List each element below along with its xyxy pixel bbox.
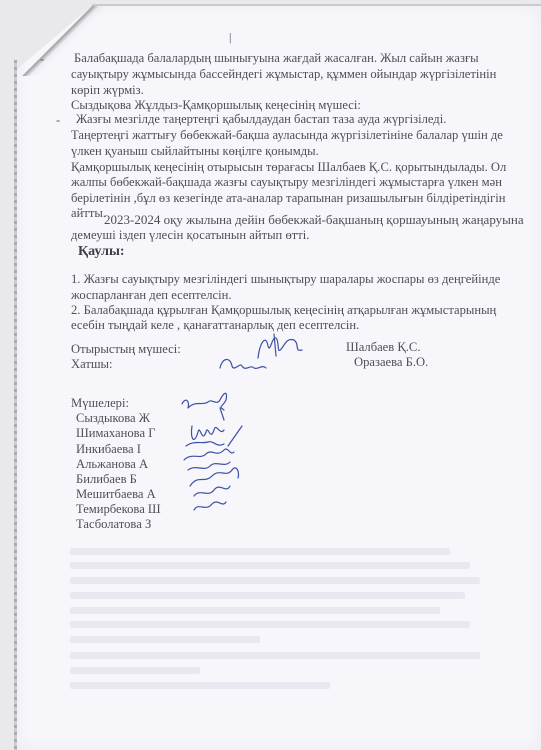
paragraph-line: берілетінін ,бұл өз кезегінде ата-аналар…: [71, 191, 506, 207]
bleed-through-line: [70, 652, 480, 659]
chair-name: Шалбаев Қ.С.: [346, 340, 420, 356]
paragraph-line: Жазғы мезгілде таңертеңгі қабылдаудан ба…: [76, 112, 446, 128]
paragraph-line: үлкен қуаныш сыйлайтыны көңілге қонымды.: [71, 144, 319, 160]
chair-signature: [210, 328, 330, 378]
stray-mark: |: [229, 30, 231, 45]
bleed-through-line: [70, 607, 440, 614]
paragraph-line: сауықтыру жұмысында бассейндегі жұмыстар…: [71, 67, 496, 83]
paragraph-line: жалпы бөбекжай-бақшада жазғы сауықтыру м…: [71, 175, 502, 191]
bleed-through-line: [70, 682, 330, 689]
resolution-line: 2. Балабақшада құрылған Қамқоршылық кеңе…: [71, 303, 496, 319]
member-name: Шимаханова Г: [76, 426, 155, 442]
bullet-dash: -: [40, 52, 44, 67]
member-name: Темирбекова Ш: [76, 502, 161, 518]
paragraph-line: көріп жүрміз.: [71, 83, 144, 99]
paragraph-line: айтты.: [71, 206, 106, 222]
resolution-line: 1. Жазғы сауықтыру мезгіліндегі шынықтыр…: [71, 272, 500, 288]
secretary-label: Хатшы:: [71, 357, 113, 373]
secretary-name: Оразаева Б.О.: [354, 355, 428, 371]
chair-label: Отырыстың мүшесі:: [71, 342, 181, 358]
bleed-through-line: [70, 562, 470, 569]
paragraph-line: Балабақшада балалардың шынығуына жағдай …: [74, 51, 479, 67]
bleed-through-line: [70, 548, 450, 555]
member-name: Инкибаева І: [76, 442, 141, 458]
member-name: Сыздыкова Ж: [76, 411, 150, 427]
member-name: Альжанова А: [76, 457, 148, 473]
bleed-through-line: [70, 592, 465, 599]
bullet-dash: -: [56, 113, 60, 128]
paragraph-line: Қамқоршылық кеңесінің отырысын төрағасы …: [71, 160, 506, 176]
member-name: Билибаев Б: [76, 472, 137, 488]
page-top-edge: [92, 4, 541, 6]
paragraph-line: демеуші іздеп үлесін қосатынын айтып өтт…: [71, 228, 309, 244]
paragraph-line: 2023-2024 оқу жылына дейін бөбекжай-бақш…: [104, 212, 524, 228]
paragraph-line: Таңертеңгі жаттығу бөбекжай-бақша ауласы…: [71, 128, 503, 144]
bleed-through-line: [70, 667, 200, 674]
member-name: Мешитбаева А: [76, 487, 156, 503]
member-name: Тасболатова З: [76, 517, 151, 533]
bleed-through-line: [70, 621, 470, 628]
resolution-line: жоспарланған деп есептелсін.: [71, 288, 232, 304]
resolution-heading: Қаулы:: [78, 244, 125, 260]
bleed-through-line: [70, 636, 260, 643]
member-signatures: [168, 386, 278, 528]
bleed-through-line: [70, 577, 480, 584]
members-label: Мүшелері:: [71, 396, 129, 412]
scan-left-edge: [14, 60, 17, 750]
